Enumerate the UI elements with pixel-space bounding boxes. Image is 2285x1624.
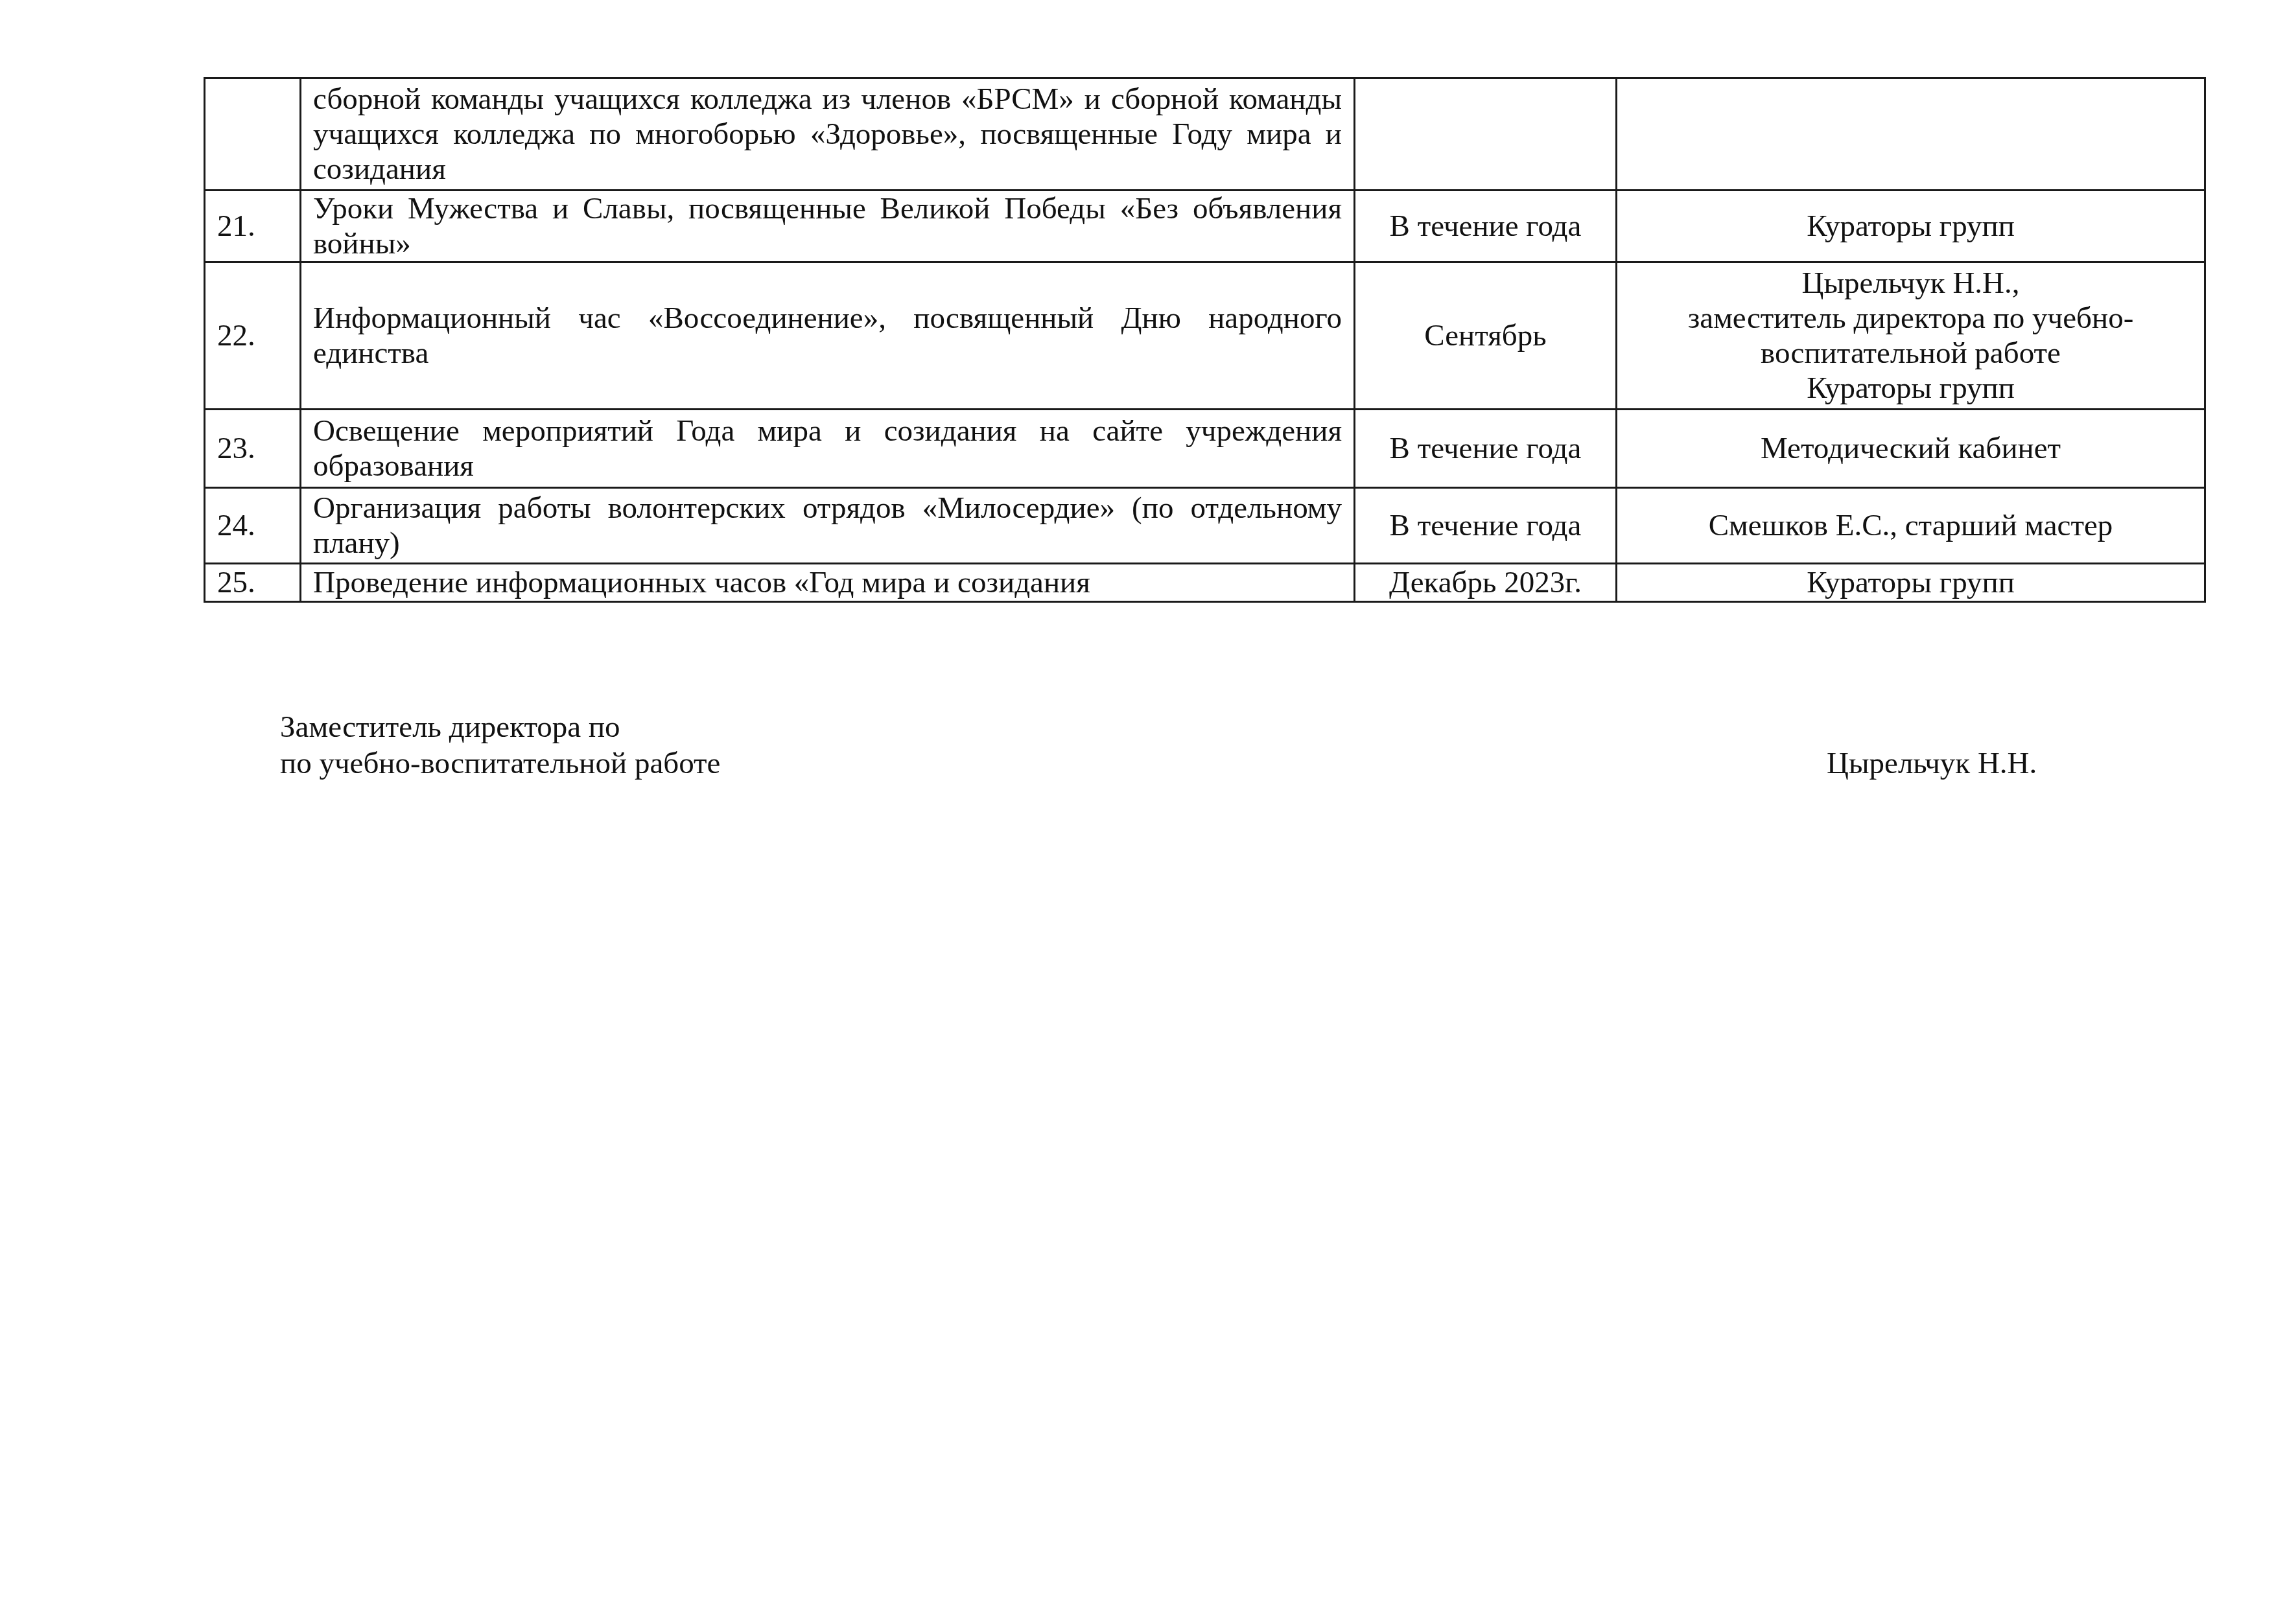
responsible-line: воспитательной работе bbox=[1629, 336, 2192, 371]
event-description: Организация работы волонтерских отрядов … bbox=[301, 488, 1355, 564]
event-description: Информационный час «Воссоединение», посв… bbox=[301, 262, 1355, 410]
responsible-line: заместитель директора по учебно- bbox=[1629, 301, 2192, 336]
table-row: 24. Организация работы волонтерских отря… bbox=[205, 488, 2205, 564]
responsible-line: Цырельчук Н.Н., bbox=[1629, 266, 2192, 301]
table-row: 23. Освещение мероприятий Года мира и со… bbox=[205, 410, 2205, 488]
responsible-line: Кураторы групп bbox=[1629, 371, 2192, 406]
event-responsible: Цырельчук Н.Н., заместитель директора по… bbox=[1617, 262, 2205, 410]
event-responsible bbox=[1617, 78, 2205, 191]
signature-position-line1: Заместитель директора по bbox=[280, 709, 720, 745]
signature-name: Цырельчук Н.Н. bbox=[1827, 745, 2037, 782]
row-number: 25. bbox=[205, 564, 301, 602]
event-description: Освещение мероприятий Года мира и созида… bbox=[301, 410, 1355, 488]
event-date: В течение года bbox=[1355, 410, 1617, 488]
event-responsible: Кураторы групп bbox=[1617, 191, 2205, 262]
signature-position: Заместитель директора по по учебно-воспи… bbox=[280, 709, 720, 782]
responsible-line: Кураторы групп bbox=[1629, 209, 2192, 244]
responsible-line: Кураторы групп bbox=[1629, 566, 2192, 599]
row-number: 21. bbox=[205, 191, 301, 262]
event-date: В течение года bbox=[1355, 488, 1617, 564]
event-responsible: Методический кабинет bbox=[1617, 410, 2205, 488]
event-date: Сентябрь bbox=[1355, 262, 1617, 410]
row-number: 24. bbox=[205, 488, 301, 564]
events-plan-table: сборной команды учащихся колледжа из чле… bbox=[204, 77, 2206, 603]
event-date: Декабрь 2023г. bbox=[1355, 564, 1617, 602]
event-responsible: Смешков Е.С., старший мастер bbox=[1617, 488, 2205, 564]
document-page: сборной команды учащихся колледжа из чле… bbox=[0, 0, 2285, 1624]
event-date: В течение года bbox=[1355, 191, 1617, 262]
table-row: 22. Информационный час «Воссоединение», … bbox=[205, 262, 2205, 410]
event-responsible: Кураторы групп bbox=[1617, 564, 2205, 602]
event-description: Проведение информационных часов «Год мир… bbox=[301, 564, 1355, 602]
event-description: Уроки Мужества и Славы, посвященные Вели… bbox=[301, 191, 1355, 262]
row-number: 22. bbox=[205, 262, 301, 410]
row-number bbox=[205, 78, 301, 191]
signature-position-line2: по учебно-воспитательной работе bbox=[280, 745, 720, 782]
event-description: сборной команды учащихся колледжа из чле… bbox=[301, 78, 1355, 191]
event-date bbox=[1355, 78, 1617, 191]
table-row: 25. Проведение информационных часов «Год… bbox=[205, 564, 2205, 602]
row-number: 23. bbox=[205, 410, 301, 488]
responsible-line: Методический кабинет bbox=[1629, 431, 2192, 466]
table-row: сборной команды учащихся колледжа из чле… bbox=[205, 78, 2205, 191]
table-row: 21. Уроки Мужества и Славы, посвященные … bbox=[205, 191, 2205, 262]
responsible-line: Смешков Е.С., старший мастер bbox=[1629, 508, 2192, 543]
